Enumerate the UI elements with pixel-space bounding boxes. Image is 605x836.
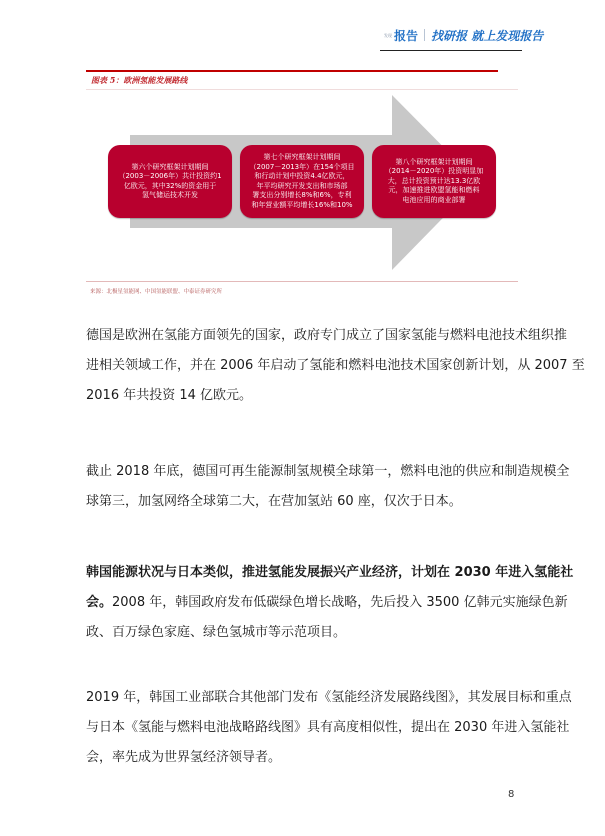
- box-line: 第七个研究框架计划期间: [250, 153, 355, 163]
- roadmap-diagram: 第六个研究框架计划期间 （2003－2006年）共计投资约1 亿欧元，其中32%…: [86, 95, 518, 270]
- framework-6-box: 第六个研究框架计划期间 （2003－2006年）共计投资约1 亿欧元，其中32%…: [108, 145, 232, 218]
- text-line: 截止 2018 年底，德国可再生能源制氢规模全球第一，燃料电池的供应和制造规模全: [86, 457, 526, 487]
- box-line: 年平均研究开发支出和市场部: [250, 182, 355, 192]
- bold-text-line: 韩国能源状况与日本类似，推进氢能发展振兴产业经济，计划在 2030 年进入氢能社: [86, 558, 526, 588]
- header-rule: [380, 50, 522, 51]
- text-line: 2016 年共投资 14 亿欧元。: [86, 381, 526, 411]
- paragraph-korea-2019: 2019 年，韩国工业部联合其他部门发布《氢能经济发展路线图》，其发展目标和重点…: [86, 683, 526, 773]
- brand-slogan: 找研报 就上发现报告: [431, 27, 543, 44]
- framework-7-box: 第七个研究框架计划期间 （2007－2013年）在154个项目 和行动计划中投资…: [240, 145, 364, 218]
- figure-top-rule: [86, 70, 498, 72]
- box-line: （2007－2013年）在154个项目: [250, 163, 355, 173]
- box-line: 元，加速推进欧盟氢能和燃料: [385, 186, 484, 196]
- figure-title-rule: [86, 89, 518, 90]
- box-line: 和年营业额平均增长16%和10%: [250, 201, 355, 211]
- box-line: 亿欧元，其中32%的资金用于: [118, 182, 221, 192]
- box-line: 大，总计投资预计达13.3亿欧: [385, 177, 484, 187]
- text-line: 2019 年，韩国工业部联合其他部门发布《氢能经济发展路线图》，其发展目标和重点: [86, 683, 526, 713]
- bold-text: 会。: [86, 595, 112, 610]
- text-line: 与日本《氢能与燃料电池战略路线图》具有高度相似性，提出在 2030 年进入氢能社: [86, 713, 526, 743]
- box-line: 氢气储运技术开发: [118, 191, 221, 201]
- text-line: 球第三，加氢网络全球第二大，在营加氢站 60 座，仅次于日本。: [86, 487, 526, 517]
- source-rule: [86, 281, 518, 282]
- box-line: 第六个研究框架计划期间: [118, 163, 221, 173]
- brand-divider: [424, 29, 425, 41]
- brand-logo[interactable]: 发现 报告 找研报 就上发现报告: [384, 26, 543, 44]
- figure-source: 来源：北极星氢能网、中国氢能联盟、中泰证券研究所: [90, 287, 222, 295]
- box-line: 和行动计划中投资4.4亿欧元，: [250, 172, 355, 182]
- text-line: 德国是欧洲在氢能方面领先的国家，政府专门成立了国家氢能与燃料电池技术组织推: [86, 321, 526, 351]
- paragraph-germany-leader: 德国是欧洲在氢能方面领先的国家，政府专门成立了国家氢能与燃料电池技术组织推 进相…: [86, 321, 526, 411]
- brand-mini-mark: 发现: [384, 33, 392, 38]
- box-line: 署支出分别增长8%和6%，专利: [250, 191, 355, 201]
- box-line: （2014－2020年）投资明显加: [385, 167, 484, 177]
- framework-8-box: 第八个研究框架计划期间 （2014－2020年）投资明显加 大，总计投资预计达1…: [372, 145, 496, 218]
- page-number: 8: [508, 789, 514, 800]
- box-line: 电池应用的商业部署: [385, 196, 484, 206]
- paragraph-korea-overview: 韩国能源状况与日本类似，推进氢能发展振兴产业经济，计划在 2030 年进入氢能社…: [86, 558, 526, 648]
- box-line: （2003－2006年）共计投资约1: [118, 172, 221, 182]
- text-line: 进相关领域工作，并在 2006 年启动了氢能和燃料电池技术国家创新计划，从 20…: [86, 351, 526, 381]
- text-line: 会。2008 年，韩国政府发布低碳绿色增长战略，先后投入 3500 亿韩元实施绿…: [86, 588, 526, 618]
- paragraph-germany-2018: 截止 2018 年底，德国可再生能源制氢规模全球第一，燃料电池的供应和制造规模全…: [86, 457, 526, 517]
- figure-title: 图表 5：欧洲氢能发展路线: [91, 75, 187, 86]
- brand-mini-top: 发现: [384, 33, 392, 38]
- text-line: 政、百万绿色家庭、绿色氢城市等示范项目。: [86, 618, 526, 648]
- text: 2008 年，韩国政府发布低碳绿色增长战略，先后投入 3500 亿韩元实施绿色新: [112, 595, 568, 610]
- box-line: 第八个研究框架计划期间: [385, 158, 484, 168]
- brand-name: 报告: [394, 27, 418, 44]
- text-line: 会，率先成为世界氢经济领导者。: [86, 743, 526, 773]
- page-header: 发现 报告 找研报 就上发现报告: [0, 26, 605, 46]
